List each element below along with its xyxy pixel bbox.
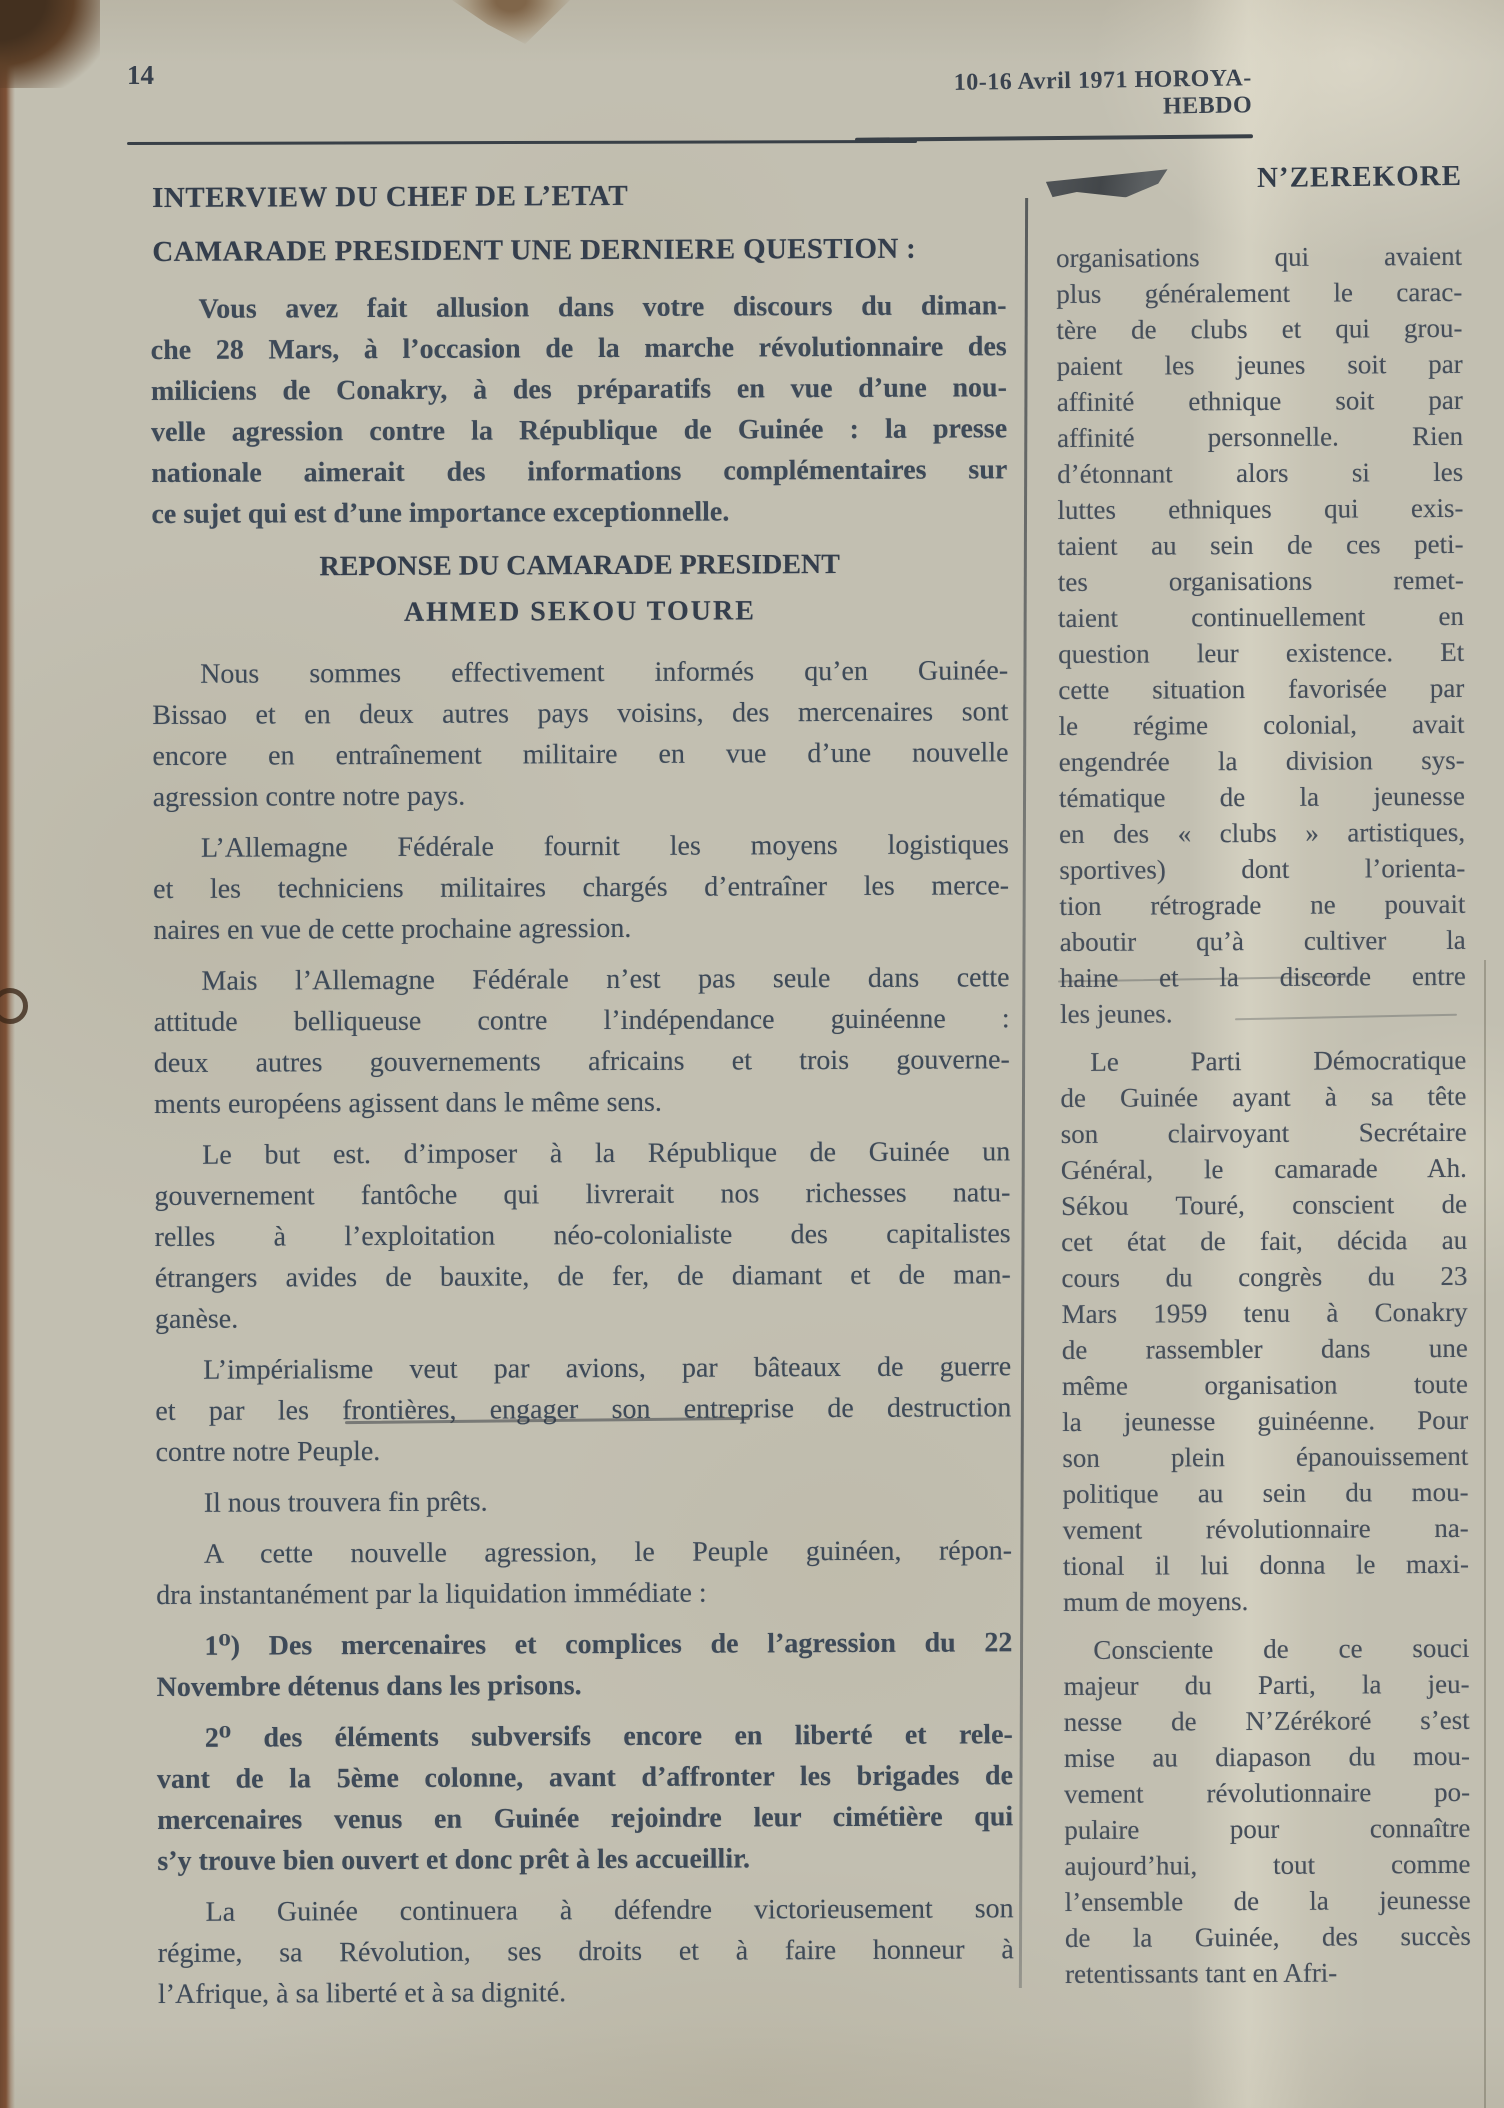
text-line: aboutir qu’à cultiver la <box>1060 922 1466 960</box>
article-headline: CAMARADE PRESIDENT UNE DERNIERE QUESTION… <box>152 228 1006 273</box>
text-line: Mars 1959 tenu à Conakry <box>1062 1294 1468 1332</box>
text-line: régime, sa Révolution, ses droits et à f… <box>158 1929 1014 1974</box>
text-line: nesse de N’Zérékoré s’est <box>1064 1702 1470 1740</box>
text-line: cette situation favorisée par <box>1058 670 1464 708</box>
text-line: tion rétrograde ne pouvait <box>1059 886 1465 924</box>
paper-crease-right <box>1484 960 1486 2108</box>
text-line: vant de la 5ème colonne, avant d’affront… <box>157 1755 1013 1800</box>
text-line: agression contre notre pays. <box>153 773 1009 818</box>
text-line: tère de clubs et qui grou- <box>1056 310 1462 348</box>
text-line: les jeunes. <box>1060 994 1466 1032</box>
response-heading-line2: AHMED SEKOU TOURE <box>152 589 1008 634</box>
text-line: de la Guinée, des succès <box>1065 1918 1471 1956</box>
response-heading-line1: REPONSE DU CAMARADE PRESIDENT <box>152 543 1008 588</box>
text-line: paient les jeunes soit par <box>1057 346 1463 384</box>
left-column: INTERVIEW DU CHEF DE L’ETAT CAMARADE PRE… <box>150 174 1014 2025</box>
page-number: 14 <box>127 60 154 91</box>
text-line: politique au sein du mou- <box>1062 1474 1468 1512</box>
paragraph: La Guinée continuera à défendre victorie… <box>157 1888 1014 2015</box>
header-rule-right <box>855 134 1253 141</box>
text-line: encore en entraînement militaire en vue … <box>152 732 1008 777</box>
paper-stain-top-left <box>0 0 100 88</box>
text-line: gouvernement fantôche qui livrerait nos … <box>154 1172 1010 1217</box>
text-line: Mais l’Allemagne Fédérale n’est pas seul… <box>153 957 1009 1002</box>
text-line: et les techniciens militaires chargés d’… <box>153 865 1009 910</box>
text-line: dra instantanément par la liquidation im… <box>156 1571 1012 1616</box>
text-line: son plein épanouissement <box>1062 1438 1468 1476</box>
text-line: ments européens agissent dans le même se… <box>154 1080 1010 1125</box>
text-line: engendrée la division sys- <box>1059 742 1465 780</box>
text-line: l’ensemble de la jeunesse <box>1065 1882 1471 1920</box>
text-line: aujourd’hui, tout comme <box>1064 1846 1470 1884</box>
text-line: Sékou Touré, conscient de <box>1061 1186 1467 1224</box>
text-line: Consciente de ce souci <box>1063 1630 1469 1668</box>
text-line: Général, le camarade Ah. <box>1061 1150 1467 1188</box>
text-line: relles à l’exploitation néo-colonialiste… <box>155 1213 1011 1258</box>
column-divider <box>1019 198 1028 1988</box>
text-line: nationale aimerait des informations comp… <box>151 449 1007 494</box>
paragraph: L’impérialisme veut par avions, par bâte… <box>155 1346 1012 1473</box>
header-rule-left <box>127 140 917 145</box>
text-line: affinité ethnique soit par <box>1057 382 1463 420</box>
right-column: organisations qui avaientplus généraleme… <box>1056 238 1471 2004</box>
text-line: vement révolutionnaire po- <box>1064 1774 1470 1812</box>
text-line: la jeunesse guinéenne. Pour <box>1062 1402 1468 1440</box>
text-line: l’Afrique, à sa liberté et à sa dignité. <box>158 1970 1014 2015</box>
text-line: d’étonnant alors si les <box>1057 454 1463 492</box>
text-line: majeur du Parti, la jeu- <box>1063 1666 1469 1704</box>
text-line: ce sujet qui est d’une importance except… <box>151 490 1007 535</box>
text-line: Vous avez fait allusion dans votre disco… <box>150 285 1006 330</box>
text-line: ganèse. <box>155 1295 1011 1340</box>
edition-date: 10-16 Avril 1971 HOROYA-HEBDO <box>892 65 1253 125</box>
paragraph: Le Parti Démocratiquede Guinée ayant à s… <box>1060 1042 1469 1620</box>
text-line: tématique de la jeunesse <box>1059 778 1465 816</box>
text-line: che 28 Mars, à l’occasion de la marche r… <box>151 326 1007 371</box>
text-line: étrangers avides de bauxite, de fer, de … <box>155 1254 1011 1299</box>
newspaper-page: 14 10-16 Avril 1971 HOROYA-HEBDO INTERVI… <box>0 0 1504 2108</box>
text-line: naires en vue de cette prochaine agressi… <box>153 906 1009 951</box>
paragraph: organisations qui avaientplus généraleme… <box>1056 238 1466 1032</box>
text-line: son clairvoyant Secrétaire <box>1061 1114 1467 1152</box>
text-line: taient continuellement en <box>1058 598 1464 636</box>
text-line: luttes ethniques qui exis- <box>1057 490 1463 528</box>
text-line: A cette nouvelle agression, le Peuple gu… <box>156 1530 1012 1575</box>
text-line: miliciens de Conakry, à des préparatifs … <box>151 367 1007 412</box>
text-line: le régime colonial, avait <box>1058 706 1464 744</box>
text-line: de rassembler dans une <box>1062 1330 1468 1368</box>
text-line: cours du congrès du 23 <box>1061 1258 1467 1296</box>
article-kicker: INTERVIEW DU CHEF DE L’ETAT <box>152 174 1006 219</box>
text-line: sportives) dont l’orienta- <box>1059 850 1465 888</box>
text-line: attitude belliqueuse contre l’indépendan… <box>154 998 1010 1043</box>
text-line: organisations qui avaient <box>1056 238 1462 276</box>
text-line: et par les frontières, engager son entre… <box>155 1387 1011 1432</box>
article-title-nzerekore: N’ZEREKORE <box>1056 160 1462 197</box>
question-paragraphs: Vous avez fait allusion dans votre disco… <box>150 285 1007 535</box>
paragraph: Vous avez fait allusion dans votre disco… <box>150 285 1007 535</box>
text-line: 2⁰ des éléments subversifs encore en lib… <box>157 1714 1013 1759</box>
text-line: taient au sein de ces peti- <box>1058 526 1464 564</box>
text-line: affinité personnelle. Rien <box>1057 418 1463 456</box>
text-line: Le Parti Démocratique <box>1060 1042 1466 1080</box>
text-line: en des « clubs » artistiques, <box>1059 814 1465 852</box>
text-line: tes organisations remet- <box>1058 562 1464 600</box>
text-line: question leur existence. Et <box>1058 634 1464 672</box>
text-line: La Guinée continuera à défendre victorie… <box>157 1888 1013 1933</box>
paragraph: 1⁰) Des mercenaires et complices de l’ag… <box>156 1622 1012 1708</box>
response-paragraphs: Nous sommes effectivement informés qu’en… <box>152 650 1014 2015</box>
text-line: contre notre Peuple. <box>155 1428 1011 1473</box>
paper-torn-left-edge <box>0 0 15 2108</box>
text-line: mercenaires venus en Guinée rejoindre le… <box>157 1796 1013 1841</box>
text-line: plus généralement le carac- <box>1056 274 1462 312</box>
text-line: même organisation toute <box>1062 1366 1468 1404</box>
paragraph: L’Allemagne Fédérale fournit les moyens … <box>153 824 1010 951</box>
text-line: pulaire pour connaître <box>1064 1810 1470 1848</box>
text-line: deux autres gouvernements africains et t… <box>154 1039 1010 1084</box>
paragraph: Le but est. d’imposer à la République de… <box>154 1131 1011 1340</box>
paragraph: Il nous trouvera fin prêts. <box>156 1479 1012 1524</box>
text-line: Bissao et en deux autres pays voisins, d… <box>152 691 1008 736</box>
paragraph: Nous sommes effectivement informés qu’en… <box>152 650 1009 818</box>
text-line: Le but est. d’imposer à la République de… <box>154 1131 1010 1176</box>
text-line: cet état de fait, décida au <box>1061 1222 1467 1260</box>
text-line: mise au diapason du mou- <box>1064 1738 1470 1776</box>
paper-tear-top <box>452 0 570 44</box>
paragraph: Mais l’Allemagne Fédérale n’est pas seul… <box>153 957 1010 1125</box>
text-line: L’impérialisme veut par avions, par bâte… <box>155 1346 1011 1391</box>
text-line: tional il lui donna le maxi- <box>1063 1546 1469 1584</box>
text-line: s’y trouve bien ouvert et donc prêt à le… <box>157 1837 1013 1882</box>
text-line: L’Allemagne Fédérale fournit les moyens … <box>153 824 1009 869</box>
paper-hole-left <box>0 988 28 1024</box>
text-line: Novembre détenus dans les prisons. <box>156 1663 1012 1708</box>
text-line: mum de moyens. <box>1063 1582 1469 1620</box>
text-line: Nous sommes effectivement informés qu’en… <box>152 650 1008 695</box>
text-line: velle agression contre la République de … <box>151 408 1007 453</box>
text-line: retentissants tant en Afri- <box>1065 1954 1471 1992</box>
right-paragraphs: organisations qui avaientplus généraleme… <box>1056 238 1471 1992</box>
paragraph: Consciente de ce soucimajeur du Parti, l… <box>1063 1630 1471 1992</box>
text-line: vement révolutionnaire na- <box>1063 1510 1469 1548</box>
paragraph: 2⁰ des éléments subversifs encore en lib… <box>157 1714 1014 1882</box>
paragraph: A cette nouvelle agression, le Peuple gu… <box>156 1530 1012 1616</box>
text-line: de Guinée ayant à sa tête <box>1060 1078 1466 1116</box>
text-line: 1⁰) Des mercenaires et complices de l’ag… <box>156 1622 1012 1667</box>
text-line: Il nous trouvera fin prêts. <box>156 1479 1012 1524</box>
